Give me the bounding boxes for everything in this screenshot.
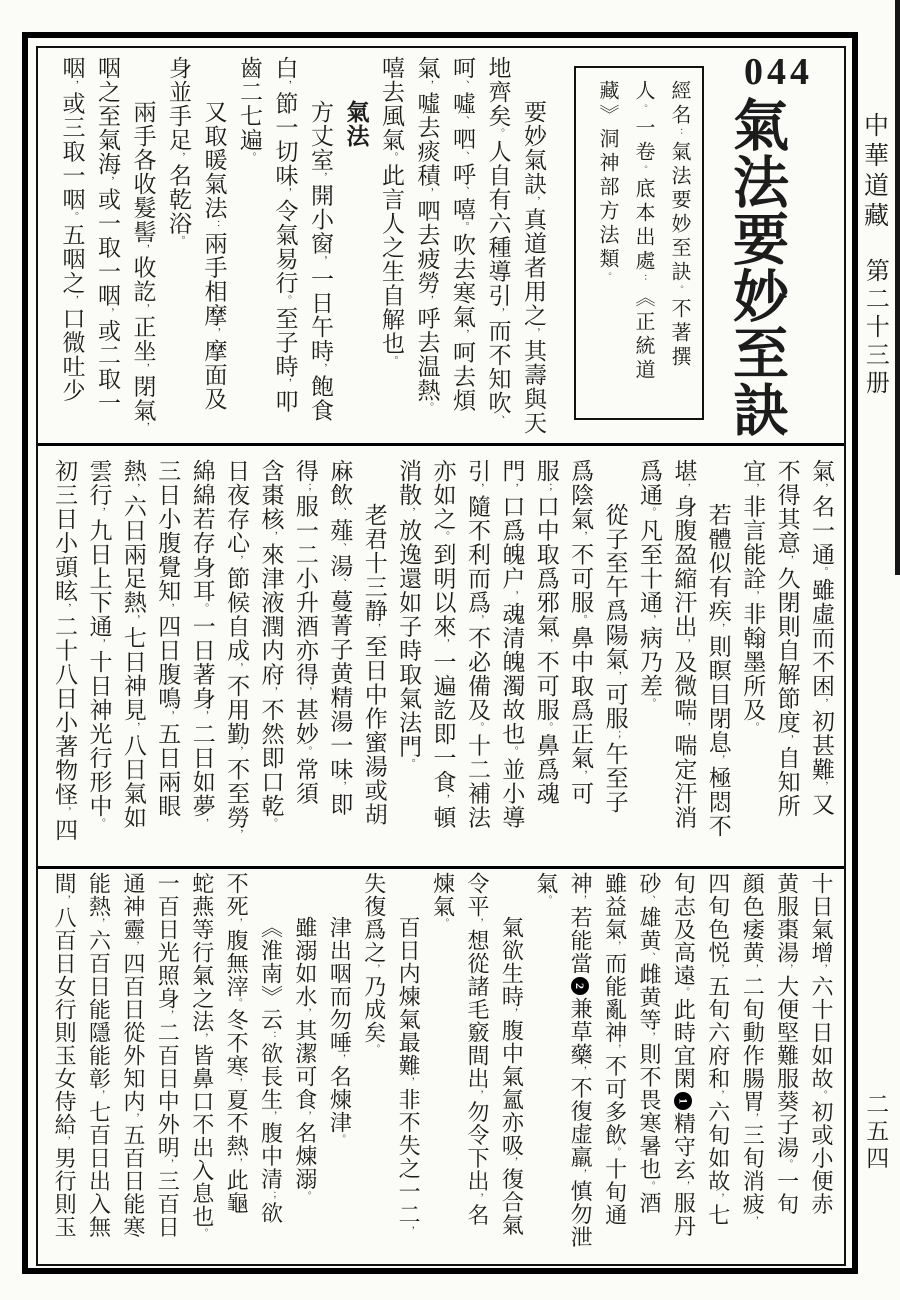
text-column: 又取暖氣法：兩手相摩，摩面及 (196, 56, 232, 440)
text-column: 咽之至氣海，或一取一咽，或二取一 (90, 56, 126, 440)
text-column: 四旬色悦，五旬六府和，六旬如故，七 (700, 872, 734, 1262)
text-column: 老君十三静，至日中作蜜湯或胡 (356, 459, 390, 857)
text-column: 齒二七遍。 (232, 56, 268, 440)
document-number: 044 (744, 50, 813, 94)
text-column: 初三日小頭眩，二十八日小著物怪，四 (47, 459, 81, 857)
text-column: 氣法 (338, 56, 374, 440)
text-column: 堪，身腹盈縮汗出，及微喘，喘定汗消 (666, 459, 700, 857)
text-column: 服；口中取爲邪氣，不可服。鼻爲魂 (528, 459, 562, 857)
text-column: 呵、噓、呬、呼、嘻。吹去寒氣，呵去煩 (445, 56, 481, 440)
text-column: 能熱，六百日能隱能彰，七百日出入無 (81, 872, 115, 1262)
text-column: 門，口爲魄户，魂清魄濁故也。並小導 (494, 459, 528, 857)
text-column: 一百日光照身，二百日中外明，三百日 (150, 872, 184, 1262)
colophon-column: 藏》洞神部方法類。 (589, 80, 625, 406)
text-column: 亦如之。到明以來，一遍訖即一食，頓 (425, 459, 459, 857)
text-column: 失復爲之，乃成矣。 (356, 872, 390, 1262)
text-column: 地齊矣。人自有六種導引，而不知吹、 (480, 56, 516, 440)
text-column: 《淮南》云：欲長生，腹中清；欲 (253, 872, 287, 1262)
text-column: 旬志及高遠。此時宜閑1精守玄，服丹 (666, 872, 700, 1262)
text-column: 嘻去風氣。此言人之生自解也。 (374, 56, 410, 440)
text-column: 爲陰氣，不可服。鼻中取爲正氣，可 (563, 459, 597, 857)
text-column: 三日小腹覺知，四日腹鳴，五日兩眼 (150, 459, 184, 857)
text-column: 消散，放逸還如子時取氣法門。 (391, 459, 425, 857)
text-column: 綿綿若存身耳。一日著身，二日如夢， (184, 459, 218, 857)
footnote-marker-2: 2 (571, 977, 589, 995)
text-column: 爲通。凡至十通，病乃差。 (632, 459, 666, 857)
text-column: 煉氣。 (425, 872, 459, 1262)
colophon-box: 經名：氣法要妙至訣。不著撰人。一卷。底本出處：《正統道藏》洞神部方法類。 (574, 66, 704, 420)
text-column: 砂、雄黄、雌黄等，則不畏寒暑也。酒 (632, 872, 666, 1262)
text-column: 引，隨不利而爲，不必備及。十二補法 (460, 459, 494, 857)
text-column: 氣，噓去痰積，呬去疲勞，呼去温熱。 (409, 56, 445, 440)
document-title: 氣法要妙至訣 (728, 96, 784, 452)
scan-edge-shadow (895, 0, 900, 575)
text-column: 要妙氣訣，真道者用之，其壽與天 (516, 56, 552, 440)
text-column: 通神靈，四百日從外知内，五百日能寒 (115, 872, 149, 1262)
text-column: 若體似有疾，則瞑目閉息，極悶不 (700, 459, 734, 857)
text-column: 津出咽而勿唾，名煉津。 (322, 872, 356, 1262)
text-column: 方丈室，開小窗，一日午時，飽食 (303, 56, 339, 440)
text-column: 宜，非言能詮，非翰墨所及。 (735, 459, 769, 857)
text-column: 雖溺如水，其潔可食，名煉溺。 (288, 872, 322, 1262)
text-column: 雖益氣，而能亂神，不可多飲。十旬通 (597, 872, 631, 1262)
colophon-column: 經名：氣法要妙至訣。不著撰 (661, 80, 697, 406)
text-column: 兩手各收髮髻，收訖，正坐，閉氣， (125, 56, 161, 440)
text-column: 氣，名一通。雖虛而不困，初甚難，又 (804, 459, 838, 857)
volume-number: 第二十三册 (861, 258, 887, 398)
band-separator-2 (38, 866, 844, 869)
text-column: 熱，六日兩足熱，七日神見，八日氣如 (115, 459, 149, 857)
text-column: 十日氣增，六十日如故。初或小便赤 (804, 872, 838, 1262)
text-column: 日夜存心，節候自成，不用勤，不至勞， (219, 459, 253, 857)
text-column: 身並手足，名乾浴。 (161, 56, 197, 440)
text-band-middle: 氣，名一通。雖虛而不困，初甚難，又不得其意，久閉則自解節度，自知所宜，非言能詮，… (46, 459, 838, 857)
text-column: 黄服棗湯，大便堅難服葵子湯。一旬 (769, 872, 803, 1262)
colophon-column: 人。一卷。底本出處：《正統道 (625, 80, 661, 406)
text-column: 不得其意，久閉則自解節度，自知所 (769, 459, 803, 857)
text-column: 氣。 (528, 872, 562, 1262)
scanned-book-page: 044 氣法要妙至訣 經名：氣法要妙至訣。不著撰人。一卷。底本出處：《正統道藏》… (0, 0, 900, 1300)
text-column: 咽，或三取一咽。五咽之，口微吐少 (54, 56, 90, 440)
text-column: 蛇燕等行氣之法，皆鼻口不出入息也。 (184, 872, 218, 1262)
text-band-top: 要妙氣訣，真道者用之，其壽與天地齊矣。人自有六種導引，而不知吹、呵、噓、呬、呼、… (46, 56, 551, 440)
text-column: 間，八百日女行則玉女侍給，男行則玉 (47, 872, 81, 1262)
text-column: 不死，腹無滓。冬不寒，夏不熱，此龜 (219, 872, 253, 1262)
text-band-bottom: 十日氣增，六十日如故。初或小便赤黄服棗湯，大便堅難服葵子湯。一旬顔色痿黄，二旬動… (46, 872, 838, 1262)
text-column: 得；服一二小升酒亦得，甚妙。常須 (288, 459, 322, 857)
text-column: 含棗核，來津液潤内府，不然即口乾。 (253, 459, 287, 857)
text-column: 從子至午爲陽氣，可服；午至子 (597, 459, 631, 857)
page-number: 二五四 (863, 1092, 888, 1173)
text-column: 顔色痿黄，二旬動作腸胃，三旬消疲， (735, 872, 769, 1262)
text-column: 白，節一切味，令氣易行。至子時，叩 (267, 56, 303, 440)
text-column: 雲行，九日上下通，十日神光行形中。 (81, 459, 115, 857)
collection-title: 中華道藏 (860, 112, 888, 232)
text-column: 百日内煉氣最難，非不失之一二， (391, 872, 425, 1262)
text-column: 令平，想從諸毛竅間出，勿令下出，名 (460, 872, 494, 1262)
text-column: 麻飲、薤、湯、蔓菁子黄精湯一味，即 (322, 459, 356, 857)
band-separator-1 (38, 443, 844, 446)
text-column: 氣欲生時，腹中氣氳亦吸，復合氣 (494, 872, 528, 1262)
text-column: 神，若能當2兼草藥，不復虚羸，慎勿泄 (563, 872, 597, 1262)
footnote-marker-1: 1 (674, 1092, 692, 1110)
